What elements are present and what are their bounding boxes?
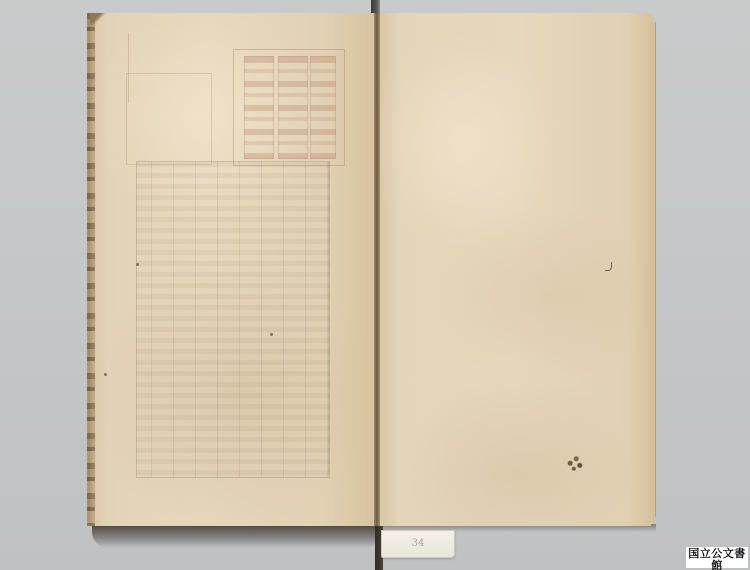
left-page — [87, 13, 379, 526]
catalog-label-tab: 34 — [381, 530, 455, 558]
book-photo: 34 国立公文書館 National Archives of Japan — [0, 0, 750, 570]
text-block-border — [328, 161, 329, 476]
seal-column — [310, 56, 336, 159]
bleed-through-text-block — [136, 161, 330, 478]
watermark-japanese: 国立公文書館 — [686, 548, 748, 570]
book-gutter — [374, 13, 380, 526]
ink-speck — [136, 263, 139, 266]
seal-column — [278, 56, 308, 159]
archive-watermark: 国立公文書館 National Archives of Japan — [686, 547, 748, 568]
seal-impression — [233, 49, 345, 166]
frayed-corner — [90, 13, 106, 25]
paper-stain — [563, 450, 587, 472]
faint-frame — [126, 73, 212, 165]
paper-mark — [605, 262, 612, 271]
binding-edge — [87, 13, 95, 526]
seal-column — [244, 56, 274, 159]
ink-speck — [270, 333, 273, 336]
ink-speck — [104, 373, 107, 376]
right-page — [379, 13, 656, 526]
